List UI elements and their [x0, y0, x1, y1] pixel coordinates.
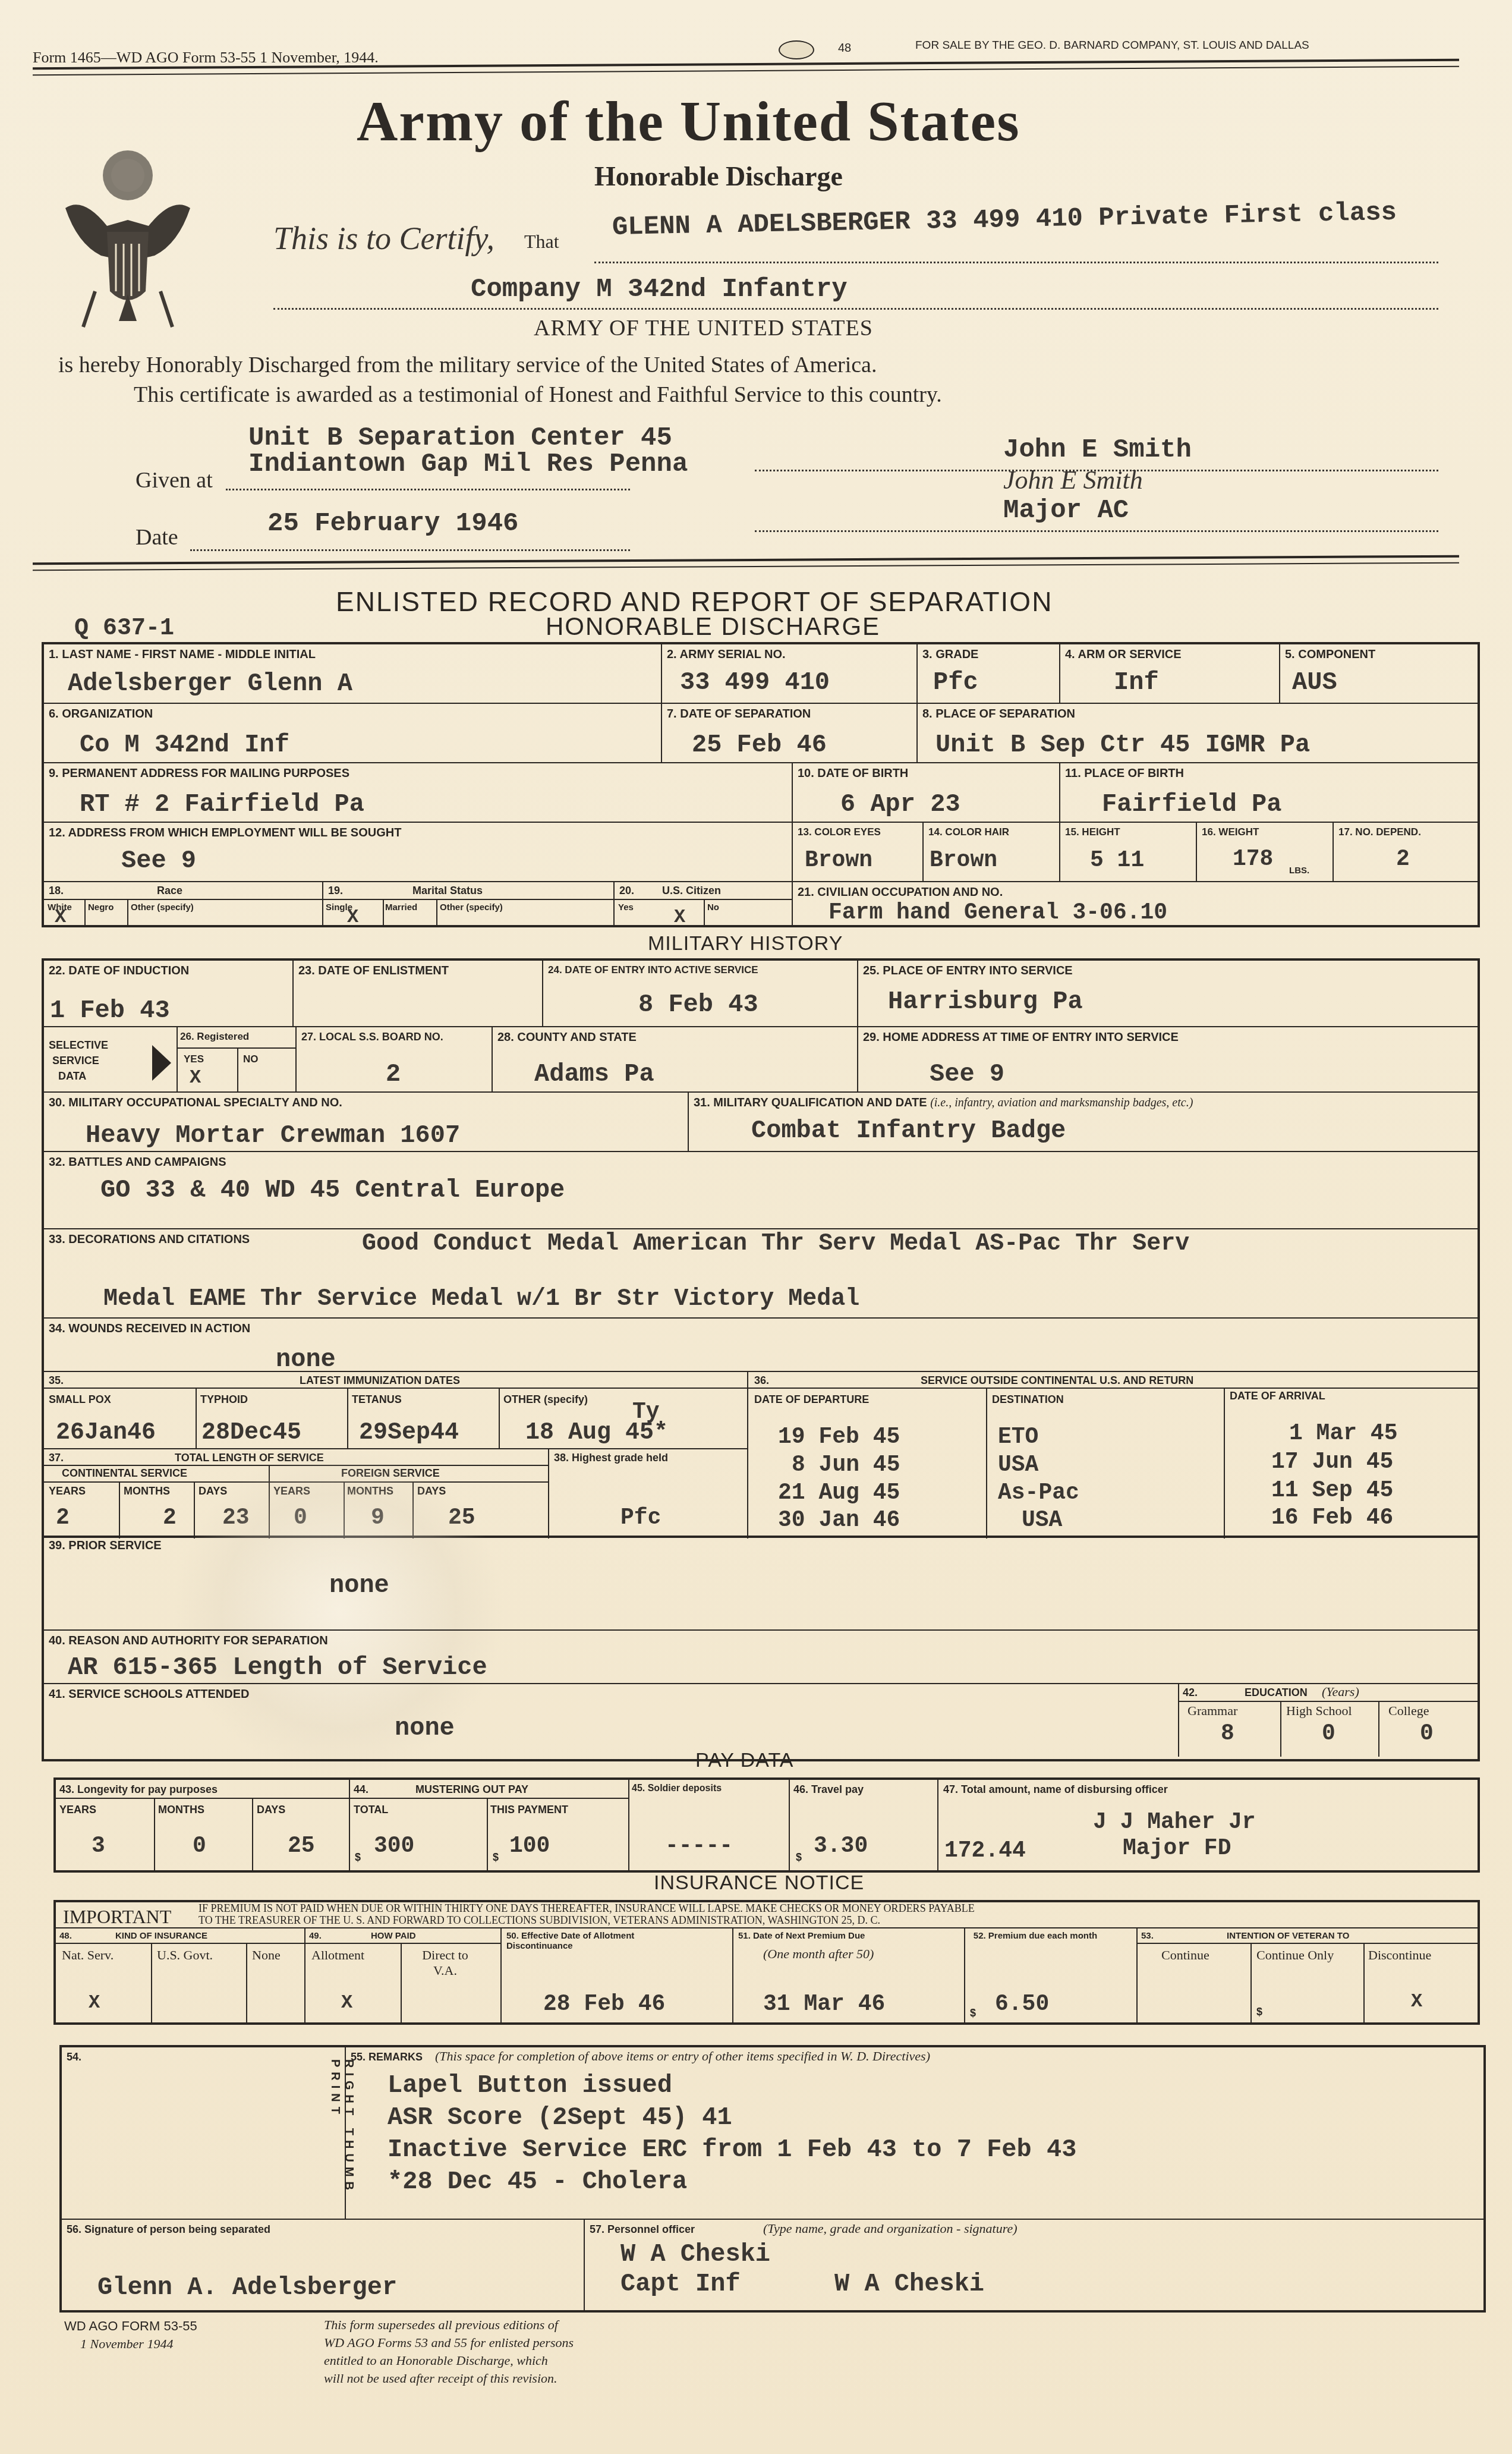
- continue-option: Continue: [1161, 1948, 1209, 1963]
- field-53-title: INTENTION OF VETERAN TO: [1227, 1931, 1349, 1941]
- signer-rule-2: [755, 530, 1438, 532]
- insurance-important: IMPORTANT IF PREMIUM IS NOT PAID WHEN DU…: [56, 1902, 1478, 1928]
- divider: [151, 1943, 152, 2022]
- field-4: 4. Arm or service Inf: [1060, 644, 1280, 704]
- mustering-this-payment: 100: [509, 1833, 550, 1859]
- field-25-label: 25. Place of entry into service: [863, 964, 1073, 978]
- field-5-label: 5. Component: [1285, 648, 1375, 662]
- departure-date-1: 19 Feb 45: [778, 1424, 900, 1450]
- field-11-label: 11. Place of birth: [1065, 767, 1184, 781]
- certificate-title: Army of the United States: [357, 88, 1020, 154]
- field-22: 22. Date of induction 1 Feb 43: [44, 961, 294, 1027]
- field-9: 9. Permanent address for mailing purpose…: [44, 763, 793, 823]
- field-8: 8. Place of separation Unit B Sep Ctr 45…: [918, 704, 1478, 763]
- divider: [237, 1047, 238, 1093]
- field-15-label: 15. Height: [1065, 826, 1120, 838]
- field-46: 46. Travel pay $ 3.30: [790, 1780, 938, 1870]
- typhoid-date: 28Dec45: [201, 1420, 301, 1446]
- field-2-value: 33 499 410: [680, 668, 830, 697]
- field-3: 3. Grade Pfc: [918, 644, 1060, 704]
- field-13-value: Brown: [805, 848, 872, 873]
- field-35-label: 35.: [49, 1374, 64, 1387]
- field-17-label: 17. No. depend.: [1338, 826, 1421, 838]
- name-line-rule: [594, 262, 1438, 263]
- divider: [350, 1798, 629, 1799]
- longevity-months-header: MONTHS: [158, 1804, 204, 1816]
- field-7-label: 7. Date of separation: [667, 707, 811, 721]
- field-49-title: HOW PAID: [371, 1931, 416, 1941]
- field-18: 18. Race White Negro Other (specify) X: [44, 882, 323, 925]
- field-30-value: Heavy Mortar Crewman 1607: [86, 1121, 460, 1150]
- field-44-title: MUSTERING OUT PAY: [415, 1783, 528, 1796]
- field-48-label: 48.: [59, 1931, 72, 1941]
- mustering-this-payment-header: THIS PAYMENT: [490, 1804, 568, 1816]
- field-14-label: 14. Color hair: [928, 826, 1009, 838]
- footer-supersedes-line2: WD AGO Forms 53 and 55 for enlisted pers…: [324, 2334, 574, 2352]
- military-history-block: 22. Date of induction 1 Feb 43 23. Date …: [42, 958, 1480, 1538]
- field-24-value: 8 Feb 43: [638, 990, 758, 1019]
- arrow-right-icon: [150, 1045, 174, 1081]
- continental-years: 2: [56, 1505, 70, 1531]
- divider: [323, 899, 615, 900]
- college-years: 0: [1420, 1721, 1434, 1747]
- currency-symbol: $: [1256, 2006, 1262, 2018]
- nat-serv-option: Nat. Serv.: [62, 1948, 114, 1963]
- personnel-officer-signature: W A Cheski: [834, 2270, 984, 2298]
- field-7-value: 25 Feb 46: [692, 731, 827, 759]
- field-34-label: 34. Wounds received in action: [49, 1322, 250, 1336]
- field-1-label: 1. Last name - First name - Middle initi…: [49, 648, 316, 662]
- field-37-label: 37.: [49, 1452, 64, 1464]
- field-48-title: KIND OF INSURANCE: [115, 1931, 207, 1941]
- destination-header: DESTINATION: [992, 1393, 1064, 1406]
- other-label: OTHER (specify): [503, 1393, 588, 1406]
- field-29: 29. Home address at time of entry into s…: [858, 1027, 1478, 1093]
- field-27-label: 27. Local S.S. Board No.: [301, 1031, 443, 1043]
- field-40: 40. Reason and authority for separation …: [44, 1631, 1478, 1684]
- registered-yes-option: YES: [184, 1053, 204, 1065]
- insurance-notice-title: INSURANCE NOTICE: [654, 1871, 864, 1895]
- field-25: 25. Place of entry into service Harrisbu…: [858, 961, 1478, 1027]
- field-31-label: 31. Military qualification and date (i.e…: [694, 1096, 1193, 1110]
- given-at-rule: [226, 489, 630, 490]
- certificate-date: 25 February 1946: [267, 509, 518, 539]
- field-57-label: 57. Personnel officer: [590, 2223, 695, 2236]
- field-34-value: none: [276, 1345, 336, 1374]
- field-43-label: 43. Longevity for pay purposes: [59, 1783, 218, 1796]
- field-35: 35. LATEST IMMUNIZATION DATES SMALL POX …: [44, 1372, 748, 1449]
- field-52: 52. Premium due each month $ 6.50: [965, 1928, 1138, 2022]
- destination-2: USA: [998, 1452, 1038, 1478]
- field-18-label: 18.: [49, 885, 64, 897]
- service-label: SERVICE: [52, 1055, 99, 1067]
- given-at-label: Given at: [136, 467, 213, 493]
- race-other-option: Other (specify): [131, 902, 194, 913]
- field-42-label: 42.: [1183, 1687, 1198, 1699]
- marital-other-option: Other (specify): [440, 902, 503, 913]
- field-16-label: 16. Weight: [1202, 826, 1259, 838]
- field-39: 39. Prior service none: [44, 1536, 1478, 1631]
- field-13: 13. Color eyes Brown: [793, 823, 924, 882]
- divider: [1138, 1943, 1478, 1944]
- footer-form-date: 1 November 1944: [80, 2335, 173, 2353]
- field-15-value: 5 11: [1090, 848, 1144, 873]
- field-4-value: Inf: [1114, 668, 1159, 697]
- arrival-date-2: 17 Jun 45: [1271, 1449, 1393, 1475]
- field-19: 19. Marital Status Single Married Other …: [323, 882, 615, 925]
- discharge-statement: is hereby Honorably Discharged from the …: [58, 352, 877, 378]
- currency-symbol: $: [796, 1851, 802, 1864]
- departure-header: DATE OF DEPARTURE: [754, 1393, 869, 1406]
- field-41: 41. Service schools attended none: [44, 1684, 1179, 1757]
- separation-block: 39. Prior service none 40. Reason and au…: [42, 1536, 1480, 1761]
- longevity-days: 25: [288, 1833, 315, 1859]
- form-identifier: Form 1465—WD AGO Form 53-55 1 November, …: [33, 49, 379, 67]
- divider: [119, 1481, 120, 1539]
- field-17-value: 2: [1396, 847, 1410, 872]
- award-statement: This certificate is awarded as a testimo…: [134, 382, 942, 408]
- field-3-label: 3. Grade: [922, 648, 978, 662]
- total-amount: 172.44: [944, 1838, 1026, 1864]
- that-label: That: [524, 231, 559, 253]
- divider: [436, 899, 437, 925]
- field-11-value: Fairfield Pa: [1102, 790, 1281, 819]
- divider: [1280, 1701, 1281, 1757]
- field-38-value: Pfc: [620, 1505, 661, 1531]
- field-20-title: U.S. Citizen: [662, 885, 721, 897]
- field-45: 45. Soldier deposits -----: [629, 1780, 790, 1870]
- field-19-title: Marital Status: [412, 885, 483, 897]
- field-15: 15. Height 5 11: [1060, 823, 1197, 882]
- arrival-date-3: 11 Sep 45: [1271, 1478, 1393, 1503]
- military-history-title: MILITARY HISTORY: [648, 932, 843, 955]
- typhoid-label: TYPHOID: [200, 1393, 248, 1406]
- disbursing-officer-name: J J Maher Jr: [1093, 1810, 1256, 1835]
- arrival-date-1: 1 Mar 45: [1289, 1421, 1397, 1446]
- field-53: 53. INTENTION OF VETERAN TO Continue Con…: [1138, 1928, 1478, 2022]
- currency-symbol: $: [355, 1851, 361, 1864]
- field-42: 42. EDUCATION (Years) Grammar High Schoo…: [1179, 1684, 1478, 1757]
- divider: [704, 899, 705, 925]
- field-36-title: SERVICE OUTSIDE CONTINENTAL U.S. AND RET…: [921, 1374, 1193, 1387]
- field-45-label: 45. Soldier deposits: [632, 1783, 722, 1794]
- field-40-label: 40. Reason and authority for separation: [49, 1634, 328, 1648]
- field-31-label-note: (i.e., infantry, aviation and marksmansh…: [930, 1096, 1193, 1109]
- field-6-label: 6. Organization: [49, 707, 153, 721]
- divider: [748, 1388, 1478, 1389]
- field-50-value: 28 Feb 46: [543, 1991, 665, 2017]
- field-18-title: Race: [157, 885, 182, 897]
- field-51-note: (One month after 50): [763, 1946, 874, 1962]
- date-rule: [190, 549, 630, 551]
- field-8-label: 8. Place of separation: [922, 707, 1075, 721]
- field-41-value: none: [395, 1714, 455, 1742]
- field-29-value: See 9: [930, 1060, 1004, 1088]
- divider: [347, 1388, 348, 1449]
- longevity-years-header: YEARS: [59, 1804, 96, 1816]
- tetanus-date: 29Sep44: [359, 1420, 459, 1446]
- field-23: 23. Date of enlistment: [294, 961, 543, 1027]
- registered-yes-mark: X: [190, 1066, 201, 1088]
- mustering-total-header: TOTAL: [354, 1804, 388, 1816]
- field-31: 31. Military qualification and date (i.e…: [689, 1093, 1478, 1152]
- selective-label: SELECTIVE: [49, 1039, 108, 1052]
- insurance-notice-line1: IF PREMIUM IS NOT PAID WHEN DUE OR WITHI…: [199, 1902, 975, 1915]
- eagle-seal-icon: [59, 143, 196, 333]
- publisher-note: FOR SALE BY THE GEO. D. BARNARD COMPANY,…: [915, 39, 1309, 52]
- field-21-value: Farm hand General 3-06.10: [829, 900, 1167, 926]
- citizen-no-option: No: [707, 902, 719, 913]
- field-47-label: 47. Total amount, name of disbursing off…: [943, 1783, 1168, 1796]
- smallpox-label: SMALL POX: [49, 1393, 111, 1406]
- field-54: 54.: [62, 2047, 346, 2220]
- divider: [246, 1943, 247, 2022]
- divider: [1179, 1701, 1478, 1702]
- continental-years-header: YEARS: [49, 1485, 86, 1497]
- discharge-document: Form 1465—WD AGO Form 53-55 1 November, …: [0, 0, 1512, 2454]
- footer-form-name: WD AGO FORM 53-55: [64, 2318, 197, 2334]
- field-10-value: 6 Apr 23: [840, 790, 960, 819]
- date-label: Date: [136, 524, 178, 550]
- citizen-yes-option: Yes: [618, 902, 634, 913]
- report-code: Q 637-1: [74, 615, 174, 642]
- remarks-block: 54. RIGHT THUMB PRINT 55. REMARKS (This …: [59, 2045, 1486, 2313]
- none-option: None: [252, 1948, 281, 1963]
- important-label: IMPORTANT: [63, 1906, 171, 1928]
- divider: [44, 899, 323, 900]
- direct-to-va-option: Direct to V.A.: [412, 1948, 478, 1978]
- field-44: 44. MUSTERING OUT PAY TOTAL THIS PAYMENT…: [350, 1780, 629, 1870]
- smallpox-date: 26Jan46: [56, 1420, 156, 1446]
- field-12: 12. Address from which employment will b…: [44, 823, 793, 882]
- arrival-header: DATE OF ARRIVAL: [1230, 1390, 1325, 1402]
- continental-months: 2: [163, 1505, 177, 1531]
- field-8-value: Unit B Sep Ctr 45 IGMR Pa: [935, 731, 1310, 759]
- field-6-value: Co M 342nd Inf: [80, 731, 289, 759]
- field-13-label: 13. Color eyes: [798, 826, 881, 838]
- destination-1: ETO: [998, 1424, 1038, 1450]
- field-16-value: 178: [1233, 847, 1273, 872]
- field-57-label-note: (Type name, grade and organization - sig…: [763, 2221, 1018, 2236]
- field-35-title: LATEST IMMUNIZATION DATES: [300, 1374, 460, 1387]
- report-subtitle: HONORABLE DISCHARGE: [546, 612, 880, 641]
- field-33: 33. Decorations and citations Good Condu…: [44, 1229, 1478, 1319]
- remark-line-1: Lapel Button issued: [388, 2071, 672, 2100]
- departure-date-3: 21 Aug 45: [778, 1480, 900, 1506]
- field-14: 14. Color hair Brown: [924, 823, 1060, 882]
- field-56-label: 56. Signature of person being separated: [67, 2223, 270, 2236]
- remark-line-4: *28 Dec 45 - Cholera: [388, 2167, 687, 2196]
- departure-date-2: 8 Jun 45: [792, 1452, 900, 1478]
- field-56: 56. Signature of person being separated …: [62, 2220, 585, 2310]
- field-31-label-text: 31. Military qualification and date: [694, 1096, 927, 1109]
- field-55: 55. REMARKS (This space for completion o…: [346, 2047, 1483, 2220]
- longevity-days-header: DAYS: [257, 1804, 285, 1816]
- field-46-label: 46. Travel pay: [793, 1783, 864, 1796]
- field-34: 34. Wounds received in action none: [44, 1319, 1478, 1372]
- pay-data-block: 43. Longevity for pay purposes YEARS MON…: [53, 1777, 1480, 1873]
- field-33-value-line2: Medal EAME Thr Service Medal w/1 Br Str …: [103, 1286, 859, 1313]
- field-33-label: 33. Decorations and citations: [49, 1233, 250, 1247]
- field-30-label: 30. Military occupational specialty and …: [49, 1096, 342, 1110]
- field-16: 16. Weight 178 LBS.: [1197, 823, 1334, 882]
- union-label-icon: [779, 40, 814, 59]
- field-2-label: 2. Army serial no.: [667, 648, 786, 662]
- certify-prefix: This is to Certify,: [273, 220, 494, 257]
- personnel-officer-rank: Capt Inf: [620, 2270, 741, 2298]
- marital-single-mark: X: [347, 906, 358, 928]
- field-40-value: AR 615-365 Length of Service: [68, 1653, 487, 1682]
- high-school-years: 0: [1322, 1721, 1335, 1747]
- currency-symbol: $: [970, 2007, 976, 2019]
- field-28: 28. County and state Adams Pa: [493, 1027, 858, 1093]
- unit-line-rule: [273, 308, 1438, 310]
- data-label: DATA: [58, 1070, 86, 1083]
- divider: [986, 1388, 987, 1539]
- field-1: 1. Last name - First name - Middle initi…: [44, 644, 662, 704]
- college-header: College: [1388, 1703, 1429, 1719]
- field-29-label: 29. Home address at time of entry into s…: [863, 1031, 1179, 1044]
- destination-4: USA: [1022, 1508, 1062, 1533]
- divider: [305, 1943, 502, 1944]
- field-33-value-line1: Good Conduct Medal American Thr Serv Med…: [362, 1231, 1189, 1257]
- field-55-label-note: (This space for completion of above item…: [435, 2049, 930, 2064]
- divider: [1250, 1943, 1252, 2022]
- field-27: 27. Local S.S. Board No. 2: [297, 1027, 493, 1093]
- divider: [401, 1943, 402, 2022]
- field-21: 21. Civilian occupation and no. Farm han…: [793, 882, 1478, 925]
- field-12-value: See 9: [121, 847, 196, 875]
- field-32: 32. Battles and campaigns GO 33 & 40 WD …: [44, 1152, 1478, 1229]
- field-27-value: 2: [386, 1060, 401, 1088]
- field-43: 43. Longevity for pay purposes YEARS MON…: [56, 1780, 350, 1870]
- remark-line-2: ASR Score (2Sept 45) 41: [388, 2103, 732, 2132]
- disbursing-officer-rank: Major FD: [1123, 1836, 1231, 1861]
- field-28-label: 28. County and state: [497, 1031, 637, 1044]
- continue-only-option: Continue Only: [1256, 1948, 1334, 1963]
- other-date: 18 Aug 45*: [525, 1420, 668, 1446]
- certified-name-line: GLENN A ADELSBERGER 33 499 410 Private F…: [612, 198, 1397, 243]
- arrival-date-4: 16 Feb 46: [1271, 1505, 1393, 1531]
- given-at-line1: Unit B Separation Center 45: [248, 423, 672, 453]
- citizen-yes-mark: X: [674, 906, 685, 928]
- field-41-label: 41. Service schools attended: [49, 1688, 249, 1701]
- field-39-value: none: [329, 1571, 389, 1600]
- identification-block: 1. Last name - First name - Middle initi…: [42, 642, 1480, 927]
- field-53-label: 53.: [1141, 1931, 1154, 1941]
- divider: [56, 1798, 350, 1799]
- field-45-value: -----: [665, 1833, 733, 1859]
- field-30: 30. Military occupational specialty and …: [44, 1093, 689, 1152]
- remark-line-3: Inactive Service ERC from 1 Feb 43 to 7 …: [388, 2135, 1076, 2164]
- divider: [84, 899, 86, 925]
- field-24: 24. Date of Entry Into Active Service 8 …: [543, 961, 858, 1027]
- field-4-label: 4. Arm or service: [1065, 648, 1182, 662]
- field-6: 6. Organization Co M 342nd Inf: [44, 704, 662, 763]
- field-9-value: RT # 2 Fairfield Pa: [80, 790, 364, 819]
- field-5-value: AUS: [1292, 668, 1337, 697]
- field-57: 57. Personnel officer (Type name, grade …: [585, 2220, 1483, 2310]
- divider: [44, 1388, 748, 1389]
- longevity-months: 0: [193, 1833, 206, 1859]
- certified-unit-line: Company M 342nd Infantry: [471, 275, 848, 304]
- destination-3: As-Pac: [998, 1480, 1079, 1506]
- discontinue-mark: X: [1411, 1990, 1422, 2012]
- given-at-line2: Indiantown Gap Mil Res Penna: [248, 449, 688, 479]
- field-39-label: 39. Prior service: [49, 1539, 162, 1553]
- signer-rank: Major AC: [1003, 496, 1129, 526]
- field-17: 17. No. depend. 2: [1334, 823, 1478, 882]
- currency-symbol: $: [493, 1851, 499, 1864]
- field-11: 11. Place of birth Fairfield Pa: [1060, 763, 1478, 823]
- field-3-value: Pfc: [933, 668, 978, 697]
- field-22-value: 1 Feb 43: [50, 996, 170, 1025]
- weight-unit: LBS.: [1289, 866, 1309, 876]
- continental-months-header: MONTHS: [124, 1485, 170, 1497]
- divider: [499, 1388, 500, 1449]
- field-28-value: Adams Pa: [534, 1060, 654, 1088]
- field-21-label: 21. Civilian occupation and no.: [798, 886, 1003, 899]
- marital-married-option: Married: [385, 902, 417, 913]
- divider: [154, 1798, 155, 1870]
- selective-service-data: SELECTIVE SERVICE DATA: [44, 1027, 178, 1093]
- divider: [127, 899, 128, 925]
- union-number: 48: [838, 42, 851, 55]
- grammar-years: 8: [1221, 1721, 1234, 1747]
- pay-data-title: PAY DATA: [695, 1749, 793, 1772]
- field-10-label: 10. Date of birth: [798, 767, 908, 781]
- field-32-value: GO 33 & 40 WD 45 Central Europe: [100, 1176, 565, 1204]
- field-20: 20. U.S. Citizen Yes No X: [615, 882, 793, 925]
- departure-date-4: 30 Jan 46: [778, 1508, 900, 1533]
- field-31-value: Combat Infantry Badge: [751, 1116, 1066, 1145]
- field-42-title: EDUCATION: [1245, 1687, 1308, 1699]
- field-38: 38. Highest grade held Pfc: [549, 1449, 748, 1539]
- grammar-header: Grammar: [1187, 1703, 1237, 1719]
- field-54-label: 54.: [67, 2051, 81, 2063]
- field-5: 5. Component AUS: [1280, 644, 1478, 704]
- field-52-label: 52. Premium due each month: [970, 1931, 1101, 1941]
- certificate-subtitle: Honorable Discharge: [594, 161, 843, 192]
- footer-supersedes-line4: will not be used after receipt of this r…: [324, 2370, 557, 2387]
- field-36: 36. SERVICE OUTSIDE CONTINENTAL U.S. AND…: [748, 1372, 1478, 1539]
- field-49: 49. HOW PAID Allotment Direct to V.A. X: [305, 1928, 502, 2022]
- field-38-label: 38. Highest grade held: [554, 1452, 668, 1464]
- field-2: 2. Army serial no. 33 499 410: [662, 644, 918, 704]
- field-47: 47. Total amount, name of disbursing off…: [938, 1780, 1478, 1870]
- continental-service-title: CONTINENTAL SERVICE: [62, 1467, 187, 1480]
- field-26: 26. Registered YES NO X: [178, 1027, 297, 1093]
- army-line: ARMY OF THE UNITED STATES: [534, 315, 873, 341]
- footer-supersedes-line1: This form supersedes all previous editio…: [324, 2316, 558, 2334]
- divider: [56, 1943, 305, 1944]
- field-50: 50. Effective Date of Allotment Disconti…: [502, 1928, 733, 2022]
- nat-serv-mark: X: [89, 1991, 100, 2013]
- field-52-value: 6.50: [995, 1991, 1049, 2017]
- field-19-label: 19.: [328, 885, 343, 897]
- divider: [196, 1388, 197, 1449]
- tetanus-label: TETANUS: [352, 1393, 402, 1406]
- field-9-label: 9. Permanent address for mailing purpose…: [49, 767, 349, 781]
- divider: [487, 1798, 488, 1870]
- divider: [252, 1798, 253, 1870]
- field-12-label: 12. Address from which employment will b…: [49, 826, 401, 840]
- mustering-total: 300: [374, 1833, 414, 1859]
- allotment-option: Allotment: [311, 1948, 364, 1963]
- field-46-value: 3.30: [814, 1833, 868, 1859]
- insurance-block: IMPORTANT IF PREMIUM IS NOT PAID WHEN DU…: [53, 1900, 1480, 2025]
- field-24-label: 24. Date of Entry Into Active Service: [548, 964, 758, 976]
